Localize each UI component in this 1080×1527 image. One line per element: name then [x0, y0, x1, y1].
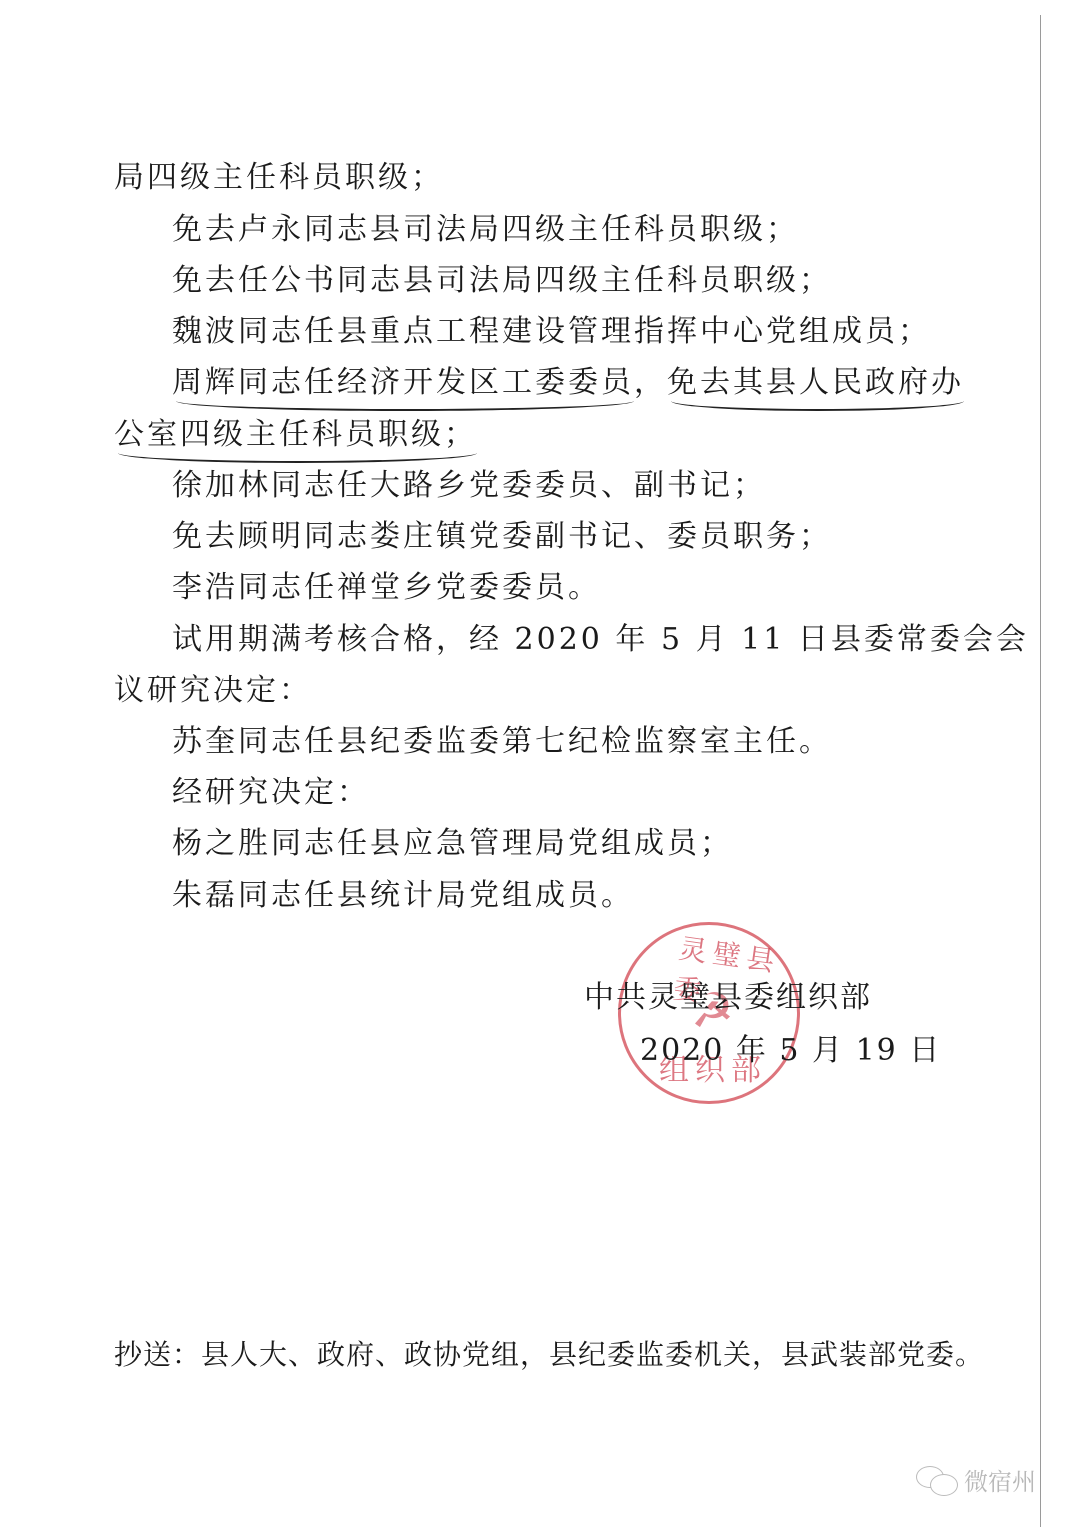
text-line: 苏奎同志任县纪委监委第七纪检监察室主任。 [172, 724, 832, 760]
text-line: 李浩同志任禅堂乡党委委员。 [172, 570, 601, 606]
watermark: 微宿州 [916, 1462, 1036, 1497]
signature-org: 中共灵璧县委组织部 [584, 972, 872, 1016]
wechat-icon [916, 1466, 960, 1494]
signature-date: 2020 年 5 月 19 日 [640, 1025, 941, 1069]
text-line: 免去卢永同志县司法局四级主任科员职级； [172, 212, 799, 248]
separator: ， [634, 365, 667, 400]
text-line: 试用期满考核合格，经 2020 年 5 月 11 日县委常委会会 [172, 622, 1029, 658]
underlined-text: 免去其县人民政府办 [667, 365, 964, 401]
underlined-text: 公室四级主任科员职级； [114, 417, 477, 453]
text-line: 经研究决定： [172, 775, 370, 811]
text-line: 免去任公书同志县司法局四级主任科员职级； [172, 263, 832, 299]
cc-line: 抄送：县人大、政府、政协党组，县纪委监委机关，县武装部党委。 [114, 1333, 984, 1373]
watermark-text: 微宿州 [964, 1462, 1036, 1497]
text-line-underlined: 公室四级主任科员职级； [114, 417, 477, 453]
underlined-text: 周辉同志任经济开发区工委委员 [172, 365, 634, 401]
text-line: 朱磊同志任县统计局党组成员。 [172, 878, 634, 914]
text-line-underlined: 周辉同志任经济开发区工委委员，免去其县人民政府办 [172, 365, 964, 401]
text-line: 徐加林同志任大路乡党委委员、副书记； [172, 468, 766, 504]
page-edge-line [1040, 15, 1041, 1527]
text-line: 免去顾明同志娄庄镇党委副书记、委员职务； [172, 519, 832, 555]
text-line: 局四级主任科员职级； [114, 160, 444, 196]
text-line: 魏波同志任县重点工程建设管理指挥中心党组成员； [172, 314, 931, 350]
text-line: 议研究决定： [114, 673, 312, 709]
text-line: 杨之胜同志任县应急管理局党组成员； [172, 826, 733, 862]
